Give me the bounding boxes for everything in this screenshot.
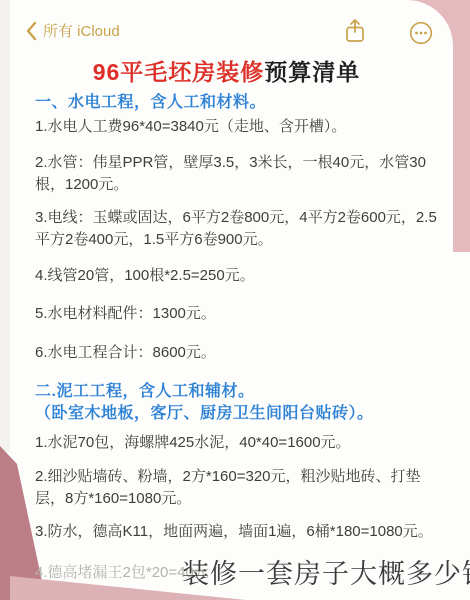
page-title: 96平毛坯房装修预算清单 xyxy=(0,54,453,87)
share-button[interactable] xyxy=(344,18,366,47)
section2-heading: 二.泥工工程，含人工和辅材。 xyxy=(35,381,449,403)
share-icon xyxy=(344,32,366,47)
back-button[interactable]: 所有 iCloud xyxy=(26,20,120,41)
list-item: 5.水电材料配件：1300元。 xyxy=(35,303,449,325)
list-item: 2.水管：伟星PPR管，壁厚3.5，3米长，一根40元，水管30根，1200元。 xyxy=(35,152,449,196)
section1-heading: 一、水电工程，含人工和材料。 xyxy=(35,92,449,114)
section2-subheading: （卧室木地板，客厅、厨房卫生间阳台贴砖）。 xyxy=(35,403,449,425)
list-item: 3.防水，德高K11，地面两遍，墙面1遍，6桶*180=1080元。 xyxy=(35,521,449,543)
notes-app-screenshot: 所有 iCloud 96平毛坯 xyxy=(0,0,470,600)
ellipsis-circle-icon xyxy=(409,33,433,48)
list-item: 3.电线：玉蝶或固达，6平方2卷800元，4平方2卷600元，2.5平方2卷40… xyxy=(35,207,449,251)
list-item: 4.线管20管，100根*2.5=250元。 xyxy=(35,265,449,287)
watermark-caption: 装修一套房子大概多少钱 xyxy=(182,552,470,591)
title-highlight: 96平毛坯房装修 xyxy=(93,59,265,85)
chevron-left-icon xyxy=(26,21,37,41)
note-editor[interactable]: 所有 iCloud 96平毛坯 xyxy=(0,0,470,600)
back-button-label: 所有 iCloud xyxy=(43,20,120,41)
list-item: 6.水电工程合计：8600元。 xyxy=(35,342,449,364)
title-rest: 预算清单 xyxy=(264,59,360,85)
list-item: 2.细沙贴墙砖、粉墙，2方*160=320元，粗沙贴地砖、打垫层，8方*160=… xyxy=(35,466,449,510)
list-item: 1.水电人工费96*40=3840元（走地、含开槽）。 xyxy=(35,116,449,138)
list-item: 1.水泥70包，海螺牌425水泥，40*40=1600元。 xyxy=(35,432,449,454)
more-options-button[interactable] xyxy=(409,21,433,48)
